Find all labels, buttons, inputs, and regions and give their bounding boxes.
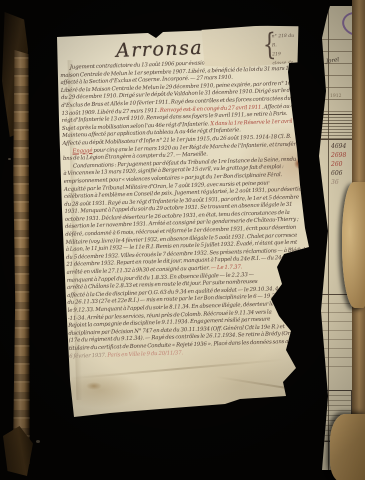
handwritten-segment: Engagé	[72, 148, 92, 155]
corner-reference-slip: { n° 218 du R. 219 classe de Melle	[201, 25, 299, 69]
matricule-number: 2698	[331, 151, 346, 160]
handwritten-segment: Affecté au 46e	[263, 103, 300, 110]
paper-fleck	[36, 440, 40, 443]
foxing-stain	[300, 170, 305, 175]
archival-photo-canvas: Jorel 1912 4694269826060636 Arronsart Ém…	[0, 0, 365, 480]
curled-page-corner	[342, 182, 365, 308]
matricule-number: 260	[331, 160, 346, 169]
matricule-number: 606	[331, 169, 346, 178]
register-year-annotation: 1912	[330, 94, 341, 99]
folded-page-corner	[330, 414, 365, 480]
register-matricule-numbers: 4694269826060636	[331, 142, 346, 187]
handwritten-segment: — Le 1.7.37.	[211, 264, 243, 271]
handwritten-segment: Paris en Ville le 9 du 20/11/37.	[107, 350, 183, 358]
matricule-number: 36	[331, 178, 346, 187]
matricule-number: 4694	[331, 142, 346, 151]
corner-note-line: n° 218 du R.	[272, 32, 299, 51]
book-spine	[11, 50, 30, 468]
manuscript-text: Jugement contradictoire du 13 août 1906 …	[60, 58, 300, 361]
handwritten-segment: 6 février 1937.	[69, 352, 107, 359]
paper-fold-line	[215, 376, 294, 390]
paper-fleck	[8, 158, 11, 160]
manuscript-page: Arronsart Émile Jules Eugène Jugement co…	[0, 0, 365, 480]
paper-crease	[70, 359, 284, 380]
foxing-stain	[86, 382, 102, 390]
